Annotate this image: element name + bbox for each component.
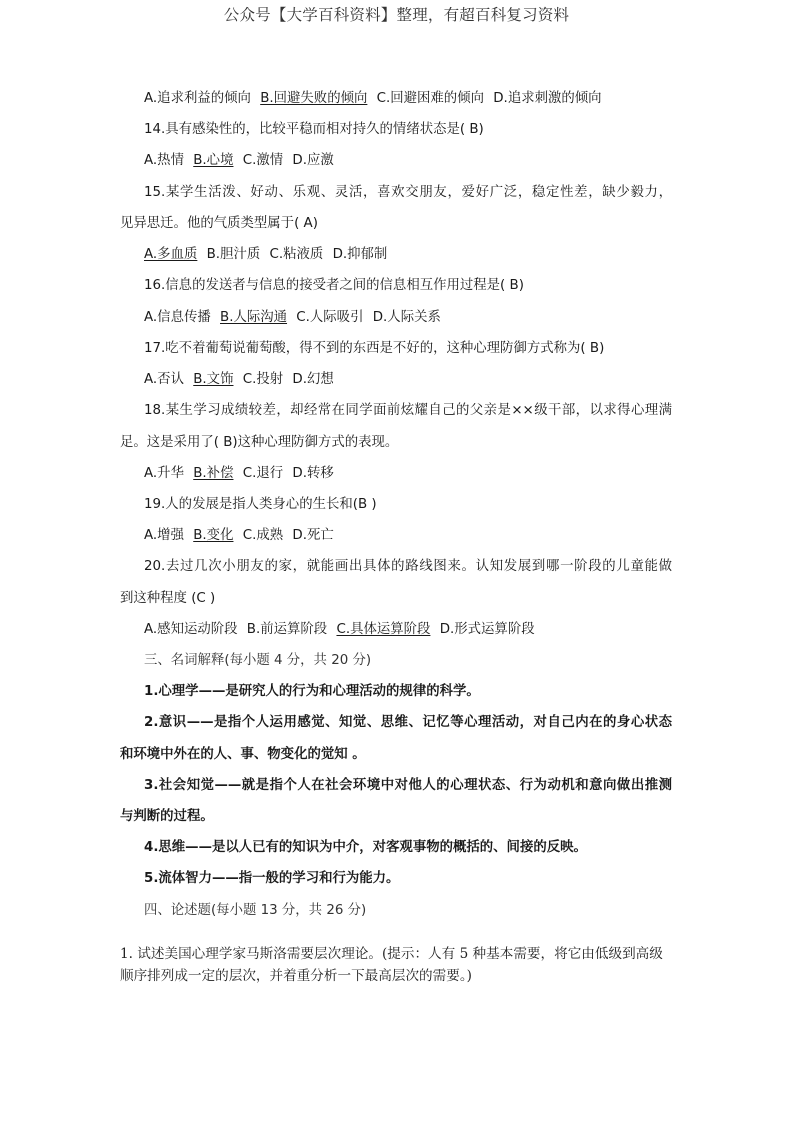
term-2-line1: 2.意识——是指个人运用感觉、知觉、思维、记忆等心理活动，对自己内在的身心状态	[120, 714, 672, 732]
q15-stem-line1: 15.某学生活泼、好动、乐观、灵活，喜欢交朋友，爱好广泛，稳定性差，缺少毅力，	[120, 184, 672, 202]
option-d: D.死亡	[292, 528, 333, 543]
option-d: D.转移	[292, 466, 333, 481]
term-1: 1.心理学——是研究人的行为和心理活动的规律的科学。	[120, 683, 672, 701]
q19-options: A.增强 B.变化 C.成熟 D.死亡	[120, 527, 672, 545]
option-a: A.否认	[144, 372, 184, 387]
option-c-correct: C.具体运算阶段	[336, 622, 430, 637]
option-a: A.增强	[144, 528, 184, 543]
q16-stem: 16.信息的发送者与信息的接受者之间的信息相互作用过程是( B)	[120, 277, 672, 295]
term-3-line1: 3.社会知觉——就是指个人在社会环境中对他人的心理状态、行为动机和意向做出推测	[120, 777, 672, 795]
term-5: 5.流体智力——指一般的学习和行为能力。	[120, 870, 672, 888]
option-c: C.人际吸引	[296, 310, 363, 325]
term-3-line2: 与判断的过程。	[120, 808, 672, 826]
q20-stem-line2: 到这种程度 (C )	[120, 590, 672, 608]
section-3-title: 三、名词解释(每小题 4 分，共 20 分)	[120, 652, 672, 670]
option-c: C.回避困难的倾向	[377, 91, 484, 106]
page-header-watermark: 公众号【大学百科资料】整理，有超百科复习资料	[0, 3, 793, 25]
option-a: A.感知运动阶段	[144, 622, 238, 637]
q18-stem-line1: 18.某生学习成绩较差，却经常在同学面前炫耀自己的父亲是××级干部，以求得心理满	[120, 402, 672, 420]
term-4: 4.思维——是以人已有的知识为中介，对客观事物的概括的、间接的反映。	[120, 839, 672, 857]
option-d: D.应激	[292, 153, 333, 168]
option-d: D.抑郁制	[333, 247, 388, 262]
option-b: B.胆汁质	[207, 247, 261, 262]
option-c: C.粘液质	[270, 247, 324, 262]
option-a: A.追求利益的倾向	[144, 91, 251, 106]
option-c: C.成熟	[243, 528, 283, 543]
q15-stem-line2: 见异思迁。他的气质类型属于( A)	[120, 215, 672, 233]
q14-options: A.热情 B.心境 C.激情 D.应激	[120, 152, 672, 170]
section-4-title: 四、论述题(每小题 13 分，共 26 分)	[120, 902, 672, 920]
q14-stem: 14.具有感染性的，比较平稳而相对持久的情绪状态是( B)	[120, 121, 672, 139]
option-a: A.升华	[144, 466, 184, 481]
option-a: A.热情	[144, 153, 184, 168]
q18-options: A.升华 B.补偿 C.退行 D.转移	[120, 465, 672, 483]
option-b-correct: B.补偿	[193, 466, 233, 481]
q19-stem: 19.人的发展是指人类身心的生长和(B )	[120, 496, 672, 514]
option-d: D.人际关系	[373, 310, 441, 325]
q20-options: A.感知运动阶段 B.前运算阶段 C.具体运算阶段 D.形式运算阶段	[120, 621, 672, 639]
essay-question-1-line2: 顺序排列成一定的层次，并着重分析一下最高层次的需要。)	[120, 965, 680, 987]
option-c: C.退行	[243, 466, 283, 481]
option-b-correct: B.人际沟通	[220, 310, 287, 325]
option-c: C.投射	[243, 372, 283, 387]
option-c: C.激情	[243, 153, 283, 168]
essay-question-1-line1: 1. 试述美国心理学家马斯洛需要层次理论。(提示：人有 5 种基本需要，将它由低…	[120, 943, 680, 965]
option-b-correct: B.文饰	[193, 372, 233, 387]
q17-stem: 17.吃不着葡萄说葡萄酸，得不到的东西是不好的，这种心理防御方式称为( B)	[120, 340, 672, 358]
option-a-correct: A.多血质	[144, 247, 197, 262]
option-b-correct: B.心境	[193, 153, 233, 168]
q18-stem-line2: 足。这是采用了( B)这种心理防御方式的表现。	[120, 434, 672, 452]
term-2-line2: 和环境中外在的人、事、物变化的觉知 。	[120, 746, 672, 764]
option-d: D.追求刺激的倾向	[493, 91, 601, 106]
q13-options: A.追求利益的倾向 B.回避失败的倾向 C.回避困难的倾向 D.追求刺激的倾向	[120, 90, 672, 108]
option-b: B.前运算阶段	[247, 622, 327, 637]
option-b-correct: B.回避失败的倾向	[260, 91, 367, 106]
option-b-correct: B.变化	[193, 528, 233, 543]
q17-options: A.否认 B.文饰 C.投射 D.幻想	[120, 371, 672, 389]
option-d: D.幻想	[292, 372, 333, 387]
q16-options: A.信息传播 B.人际沟通 C.人际吸引 D.人际关系	[120, 309, 672, 327]
option-d: D.形式运算阶段	[440, 622, 535, 637]
q20-stem-line1: 20.去过几次小朋友的家，就能画出具体的路线图来。认知发展到哪一阶段的儿童能做	[120, 558, 672, 576]
q15-options: A.多血质 B.胆汁质 C.粘液质 D.抑郁制	[120, 246, 672, 264]
option-a: A.信息传播	[144, 310, 211, 325]
